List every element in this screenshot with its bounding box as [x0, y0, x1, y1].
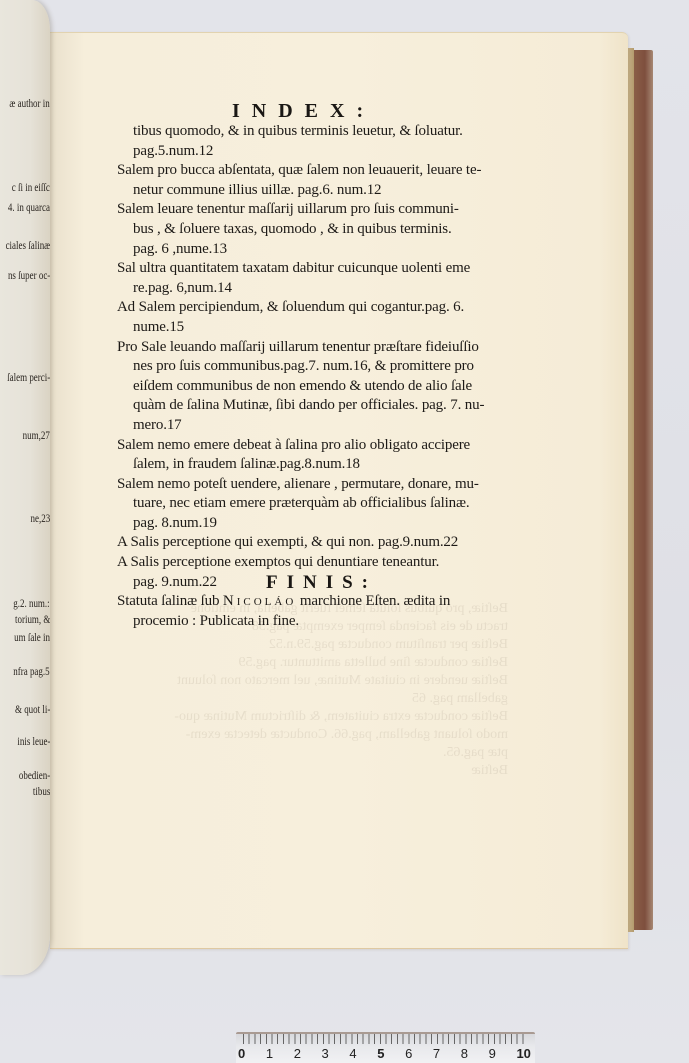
ruler-label: 10	[516, 1046, 530, 1063]
ruler-label: 3	[322, 1046, 329, 1063]
entry-continuation: re.pag. 6,num.14	[117, 279, 497, 299]
left-page-text-fragment: æ author in	[10, 98, 50, 110]
ruler-label: 0	[238, 1046, 245, 1063]
left-page-text-fragment: g.2. num.:	[14, 598, 50, 610]
ruler-label: 4	[349, 1046, 356, 1063]
show-through-line: Beſtiæ	[118, 762, 508, 780]
index-entry: A Salis perceptione qui exempti, & qui n…	[117, 533, 497, 553]
index-entry: Salem nemo emere debeat à ſalina pro ali…	[117, 436, 497, 475]
entry-line: Statuta ſalinæ ſub Nicoláo marchione Eſt…	[117, 592, 497, 612]
index-entry: Ad Salem percipiendum, & ſoluendum qui c…	[117, 298, 497, 337]
left-page-text-fragment: nfra pag.5	[14, 666, 50, 678]
index-entry: Salem nemo poteſt uendere, alienare , pe…	[117, 475, 497, 534]
scale-ruler: 012345678910	[236, 1032, 535, 1063]
show-through-line: modo ſoluant gabellam, pag.66. Conductæ …	[118, 726, 508, 744]
index-entry: Salem leuare tenentur maſſarij uillarum …	[117, 200, 497, 259]
show-through-line: Beſtiæ conductæ ſine bulletta amittuntur…	[118, 654, 508, 672]
ruler-label: 5	[377, 1046, 384, 1063]
entry-continuation: netur commune illius uillæ. pag.6. num.1…	[117, 181, 497, 201]
ruler-label: 7	[433, 1046, 440, 1063]
ruler-label: 8	[461, 1046, 468, 1063]
ruler-label: 6	[405, 1046, 412, 1063]
entry-continuation: tuare, nec etiam emere præterquàm ab off…	[117, 494, 497, 514]
left-page-text-fragment: ne,23	[30, 513, 50, 525]
index-entry: Statuta ſalinæ ſub Nicoláo marchione Eſt…	[117, 592, 497, 631]
ruler-label: 9	[489, 1046, 496, 1063]
entry-line: Pro Sale leuando maſſarij uillarum tenen…	[117, 338, 497, 358]
ruler-label: 1	[266, 1046, 273, 1063]
left-page-text-fragment: obedien-	[19, 770, 50, 782]
entry-continuation: nume.15	[117, 318, 497, 338]
entry-continuation: pag.5.num.12	[117, 142, 497, 162]
entry-continuation: ſalem, in fraudem ſalinæ.pag.8.num.18	[117, 455, 497, 475]
entry-continuation: pag. 8.num.19	[117, 514, 497, 534]
entry-continuation: eiſdem communibus de non emendo & utendo…	[117, 377, 497, 397]
entry-continuation: procemio : Publicata in fine.	[117, 612, 497, 632]
entry-line: A Salis perceptione qui exempti, & qui n…	[117, 533, 497, 553]
show-through-line: Beſtiæ per tranſitum conductæ pag.59.n.5…	[118, 636, 508, 654]
index-entry: Pro Sale leuando maſſarij uillarum tenen…	[117, 338, 497, 436]
entry-continuation: mero.17	[117, 416, 497, 436]
index-heading: INDEX:	[232, 100, 375, 123]
left-page-text-fragment: ciales ſalinæ	[5, 240, 50, 252]
entry-line: Salem nemo emere debeat à ſalina pro ali…	[117, 436, 497, 456]
left-page-text-fragment: ſalem perci-	[7, 372, 50, 384]
entry-line: Salem nemo poteſt uendere, alienare , pe…	[117, 475, 497, 495]
show-through-line: Beſtiæ conductæ extra ciuitatem, & diſtr…	[118, 708, 508, 726]
left-page-text-fragment: & quot li-	[15, 704, 50, 716]
name-smallcaps: Nicoláo	[223, 593, 296, 609]
left-page-text-fragment: torium, &	[15, 614, 50, 626]
ruler-labels: 012345678910	[238, 1046, 535, 1063]
finis-colophon: FINIS:	[266, 572, 377, 594]
entry-line: tibus quomodo, & in quibus terminis leue…	[117, 122, 497, 142]
left-page-text-fragment: c ſi in eiſſc	[12, 182, 50, 194]
left-page-text-fragment: um ſale in	[14, 632, 50, 644]
entry-line: A Salis perceptione exemptos qui denunti…	[117, 553, 497, 573]
left-page-text-fragment: num,27	[23, 430, 50, 442]
index-entry: tibus quomodo, & in quibus terminis leue…	[117, 122, 497, 161]
index-entry: Sal ultra quantitatem taxatam dabitur cu…	[117, 259, 497, 298]
show-through-line: gabellam pag. 65	[118, 690, 508, 708]
entry-continuation: pag. 6 ,nume.13	[117, 240, 497, 260]
ruler-label: 2	[294, 1046, 301, 1063]
entry-continuation: quàm de ſalina Mutinæ, ſibi dando per of…	[117, 396, 497, 416]
entry-line: Ad Salem percipiendum, & ſoluendum qui c…	[117, 298, 497, 318]
ruler-ticks	[243, 1034, 528, 1044]
entry-line: Salem pro bucca abſentata, quæ ſalem non…	[117, 161, 497, 181]
left-page-text-fragment: ns ſuper oc-	[8, 270, 50, 282]
entry-line: Sal ultra quantitatem taxatam dabitur cu…	[117, 259, 497, 279]
index-entries: tibus quomodo, & in quibus terminis leue…	[117, 122, 497, 631]
entry-continuation: nes pro ſuis communibus.pag.7. num.16, &…	[117, 357, 497, 377]
show-through-line: ptæ pag.65.	[118, 744, 508, 762]
entry-continuation: bus , & ſoluere taxas, quomodo , & in qu…	[117, 220, 497, 240]
entry-line: Salem leuare tenentur maſſarij uillarum …	[117, 200, 497, 220]
left-page-text-fragment: 4. in quarca	[8, 202, 50, 214]
left-page-curl: æ author inc ſi in eiſſc4. in quarcacial…	[0, 0, 50, 975]
show-through-line: Beſtiæ uendere in ciuitate Mutinæ, uel m…	[118, 672, 508, 690]
left-page-text-fragment: inis leue-	[17, 736, 50, 748]
left-page-text-fragment: tibus	[33, 786, 50, 798]
index-entry: Salem pro bucca abſentata, quæ ſalem non…	[117, 161, 497, 200]
